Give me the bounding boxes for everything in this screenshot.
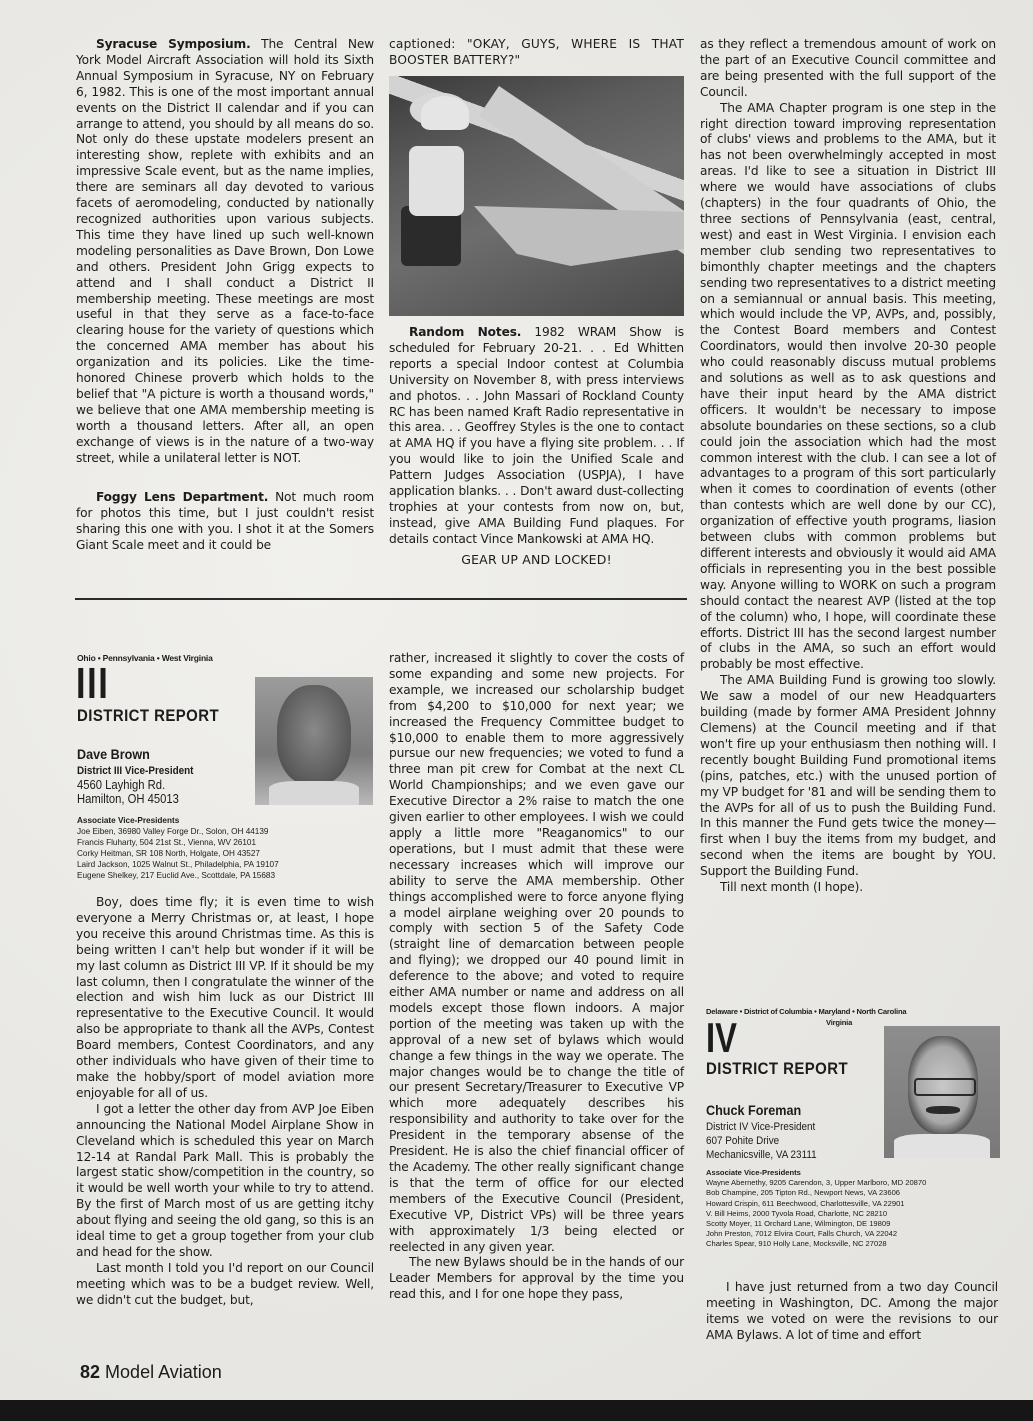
district-iii-vp-title: District III Vice-President [77,764,193,778]
district-iv-avp-list: Associate Vice-Presidents Wayne Aberneth… [706,1168,926,1250]
avp-item: Bob Champine, 205 Tipton Rd., Newport Ne… [706,1188,926,1198]
body-paragraph: I have just returned from a two day Coun… [706,1280,998,1344]
foggy-lens-run-in: Foggy Lens Department. [96,490,268,504]
body-paragraph: rather, increased it slightly to cover t… [389,651,684,1255]
district-iii-title: DISTRICT REPORT [77,706,219,726]
section-divider [75,598,687,600]
foggy-lens-paragraph: Foggy Lens Department. Not much room for… [76,490,374,554]
district-iii-address-2: Hamilton, OH 45013 [77,792,179,807]
district-iv-address-1: 607 Pohite Drive [706,1134,779,1148]
avp-item: Eugene Shelkey, 217 Euclid Ave., Scottda… [77,870,279,881]
body-paragraph: The new Bylaws should be in the hands of… [389,1255,684,1303]
district-iv-states-line-2: Virginia [826,1018,852,1027]
random-notes-column: Random Notes. 1982 WRAM Show is schedule… [389,325,684,568]
photo-child-hat-shape [421,96,469,130]
body-paragraph: The AMA Building Fund is growing too slo… [700,673,996,880]
body-paragraph: as they reflect a tremendous amount of w… [700,37,996,101]
avp-heading: Associate Vice-Presidents [706,1168,926,1178]
avp-item: John Preston, 7012 Elvira Court, Falls C… [706,1229,926,1239]
random-notes-paragraph: Random Notes. 1982 WRAM Show is schedule… [389,325,684,548]
photo-child-shirt-shape [409,146,464,216]
magazine-title: Model Aviation [105,1362,222,1382]
district-iv-title: DISTRICT REPORT [706,1059,848,1079]
avp-item: Charles Spear, 910 Holly Lane, Mocksvill… [706,1239,926,1249]
portrait-collar-shape [269,781,359,805]
district-iv-vp-portrait [884,1026,1000,1158]
district-ii-column-left: Syracuse Symposium. The Central New York… [76,37,374,554]
avp-item: Howard Crispin, 611 Beechwood, Charlotte… [706,1199,926,1209]
sign-off: GEAR UP AND LOCKED! [389,552,684,568]
district-iii-vp-name: Dave Brown [77,746,150,762]
avp-item: Corky Heitman, SR 108 North, Holgate, OH… [77,848,279,859]
avp-item: Scotty Moyer, 11 Orchard Lane, Wilmingto… [706,1219,926,1229]
avp-item: Joe Eiben, 36980 Valley Forge Dr., Solon… [77,826,279,837]
district-iii-numeral: III [76,662,109,706]
page-number: 82 [80,1362,100,1382]
scan-bottom-edge [0,1400,1033,1421]
district-iv-address-2: Mechanicsville, VA 23111 [706,1148,817,1162]
body-paragraph: The AMA Chapter program is one step in t… [700,101,996,674]
portrait-face-shape [277,685,351,785]
district-iv-vp-name: Chuck Foreman [706,1102,801,1118]
body-paragraph: Last month I told you I'd report on our … [76,1261,374,1309]
district-iii-vp-portrait [255,677,373,805]
district-iii-column-3: as they reflect a tremendous amount of w… [700,37,996,896]
district-iii-avp-list: Associate Vice-Presidents Joe Eiben, 369… [77,815,279,881]
district-iv-column: I have just returned from a two day Coun… [706,1280,998,1344]
photo-child-with-model-airplane [389,76,684,316]
district-iv-vp-title: District IV Vice-President [706,1120,815,1134]
district-iii-column-2: rather, increased it slightly to cover t… [389,651,684,1303]
photo-caption: captioned: "OKAY, GUYS, WHERE IS THAT BO… [389,37,684,69]
portrait-mustache-shape [926,1106,960,1114]
body-paragraph: I got a letter the other day from AVP Jo… [76,1102,374,1261]
random-notes-run-in: Random Notes. [409,325,521,339]
portrait-collar-shape [894,1134,990,1158]
portrait-glasses-shape [914,1078,976,1096]
body-paragraph: Till next month (I hope). [700,880,996,896]
syracuse-run-in: Syracuse Symposium. [96,37,251,51]
avp-heading: Associate Vice-Presidents [77,815,279,826]
avp-item: V. Bill Heims, 2000 Tyvola Road, Charlot… [706,1209,926,1219]
page-footer: 82 Model Aviation [80,1362,222,1383]
avp-item: Francis Fluharty, 504 21st St., Vienna, … [77,837,279,848]
magazine-page: Syracuse Symposium. The Central New York… [0,0,1033,1400]
avp-item: Wayne Abernethy, 9205 Carendon, 3, Upper… [706,1178,926,1188]
body-paragraph: Boy, does time fly; it is even time to w… [76,895,374,1102]
avp-item: Laird Jackson, 1025 Walnut St., Philadel… [77,859,279,870]
syracuse-paragraph: Syracuse Symposium. The Central New York… [76,37,374,466]
district-iv-numeral: IV [706,1017,737,1059]
photo-fuselage-shape [474,206,684,266]
district-iii-column-1: Boy, does time fly; it is even time to w… [76,895,374,1309]
district-iii-address-1: 4560 Layhigh Rd. [77,778,165,793]
district-ii-column-middle: captioned: "OKAY, GUYS, WHERE IS THAT BO… [389,37,684,69]
